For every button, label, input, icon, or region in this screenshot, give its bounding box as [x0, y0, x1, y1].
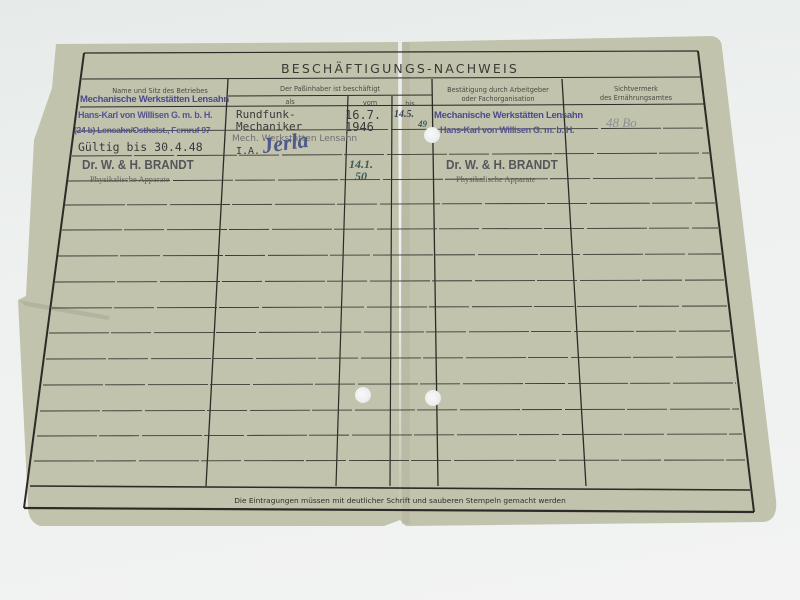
brandt-stamp-confirmation-sub: Physikalische Apparate — [456, 174, 536, 184]
brandt-stamp-employer: Dr. W. & H. BRANDT — [82, 157, 194, 172]
employer-stamp-line2: Hans-Karl von Willisen G. m. b. H. — [78, 110, 212, 120]
visa-handwritten-note: 48 Bo — [606, 115, 637, 131]
to-date: 14.5. — [394, 109, 414, 120]
second-from-date-line2: 50 — [355, 169, 367, 184]
confirmation-stamp-line2: Hans-Karl von Willisen G. m. b. H. — [440, 125, 574, 135]
visa-column-header: Sichtvermerk des Ernährungsamtes — [570, 85, 702, 102]
visa-header-line1: Sichtvermerk — [570, 85, 702, 94]
signature-prefix: I.A. — [236, 146, 260, 157]
occupation-column-header: als — [270, 98, 310, 107]
to-date-column-header: bis — [392, 100, 428, 109]
employment-record-card: BESCHÄFTIGUNGS-NACHWEIS Name und Sitz de… — [0, 0, 800, 600]
validity-typed-text: Gültig bis 30.4.48 — [78, 140, 203, 154]
confirmation-column-header: Bestätigung durch Arbeitgeber oder Facho… — [432, 86, 564, 103]
punch-hole — [425, 390, 441, 406]
to-year: 49 — [418, 119, 427, 129]
confirmation-header-line2: oder Fachorganisation — [432, 95, 564, 104]
punch-hole — [424, 127, 440, 143]
brandt-stamp-confirmation: Dr. W. & H. BRANDT — [446, 157, 558, 172]
employer-stamp-line3: (24 b) Lensahn/Ostholst., Fernruf 97 — [74, 125, 210, 135]
confirmation-header-line1: Bestätigung durch Arbeitgeber — [432, 86, 564, 95]
from-date-line2: 1946 — [345, 120, 374, 134]
employment-group-header: Der Paßinhaber ist beschäftigt — [230, 85, 430, 94]
footer-instruction: Die Eintragungen müssen mit deutlicher S… — [150, 496, 650, 505]
visa-header-line2: des Ernährungsamtes — [570, 94, 702, 103]
punch-hole — [355, 387, 371, 403]
from-date-column-header: vom — [350, 99, 390, 108]
document-title: BESCHÄFTIGUNGS-NACHWEIS — [230, 61, 570, 76]
employer-stamp-line1: Mechanische Werkstätten Lensahn — [80, 94, 229, 105]
brandt-stamp-employer-sub: Physikalische Apparate — [90, 174, 170, 184]
confirmation-stamp-line1: Mechanische Werkstätten Lensahn — [434, 110, 583, 121]
